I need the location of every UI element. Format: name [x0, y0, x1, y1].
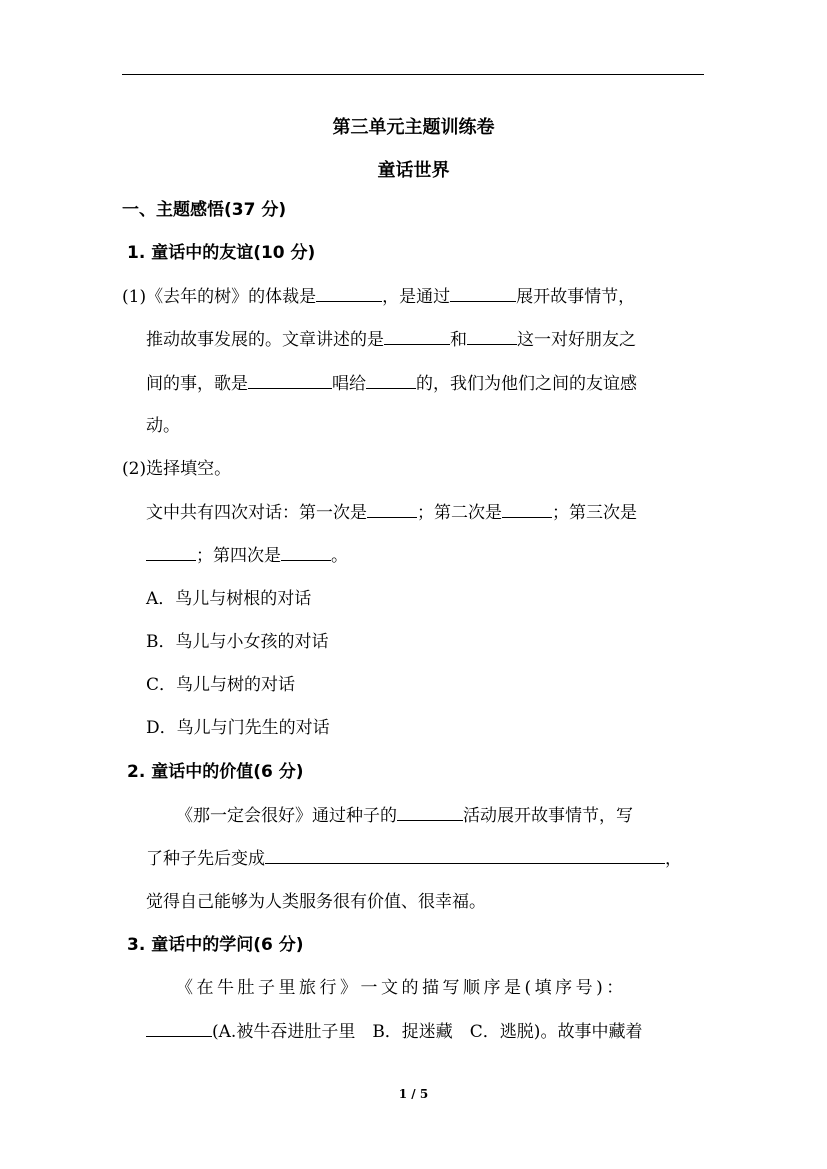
q1-part2-label: (2)选择填空。 [122, 458, 231, 480]
text: ，是通过 [382, 287, 450, 307]
text: ；第二次是 [417, 503, 502, 523]
q1-part1-line1: (1)《去年的树》的体裁是，是通过展开故事情节， [122, 285, 704, 308]
text: 间的事，歌是 [146, 374, 248, 394]
page-number: 1 / 5 [0, 1087, 827, 1101]
document-title: 第三单元主题训练卷 [0, 113, 827, 139]
answer-blank[interactable] [316, 285, 382, 302]
text: 推动故事发展的。文章讲述的是 [146, 330, 384, 350]
question-2-heading: 2. 童话中的价值(6 分) [127, 761, 304, 783]
option-a: A．鸟儿与树根的对话 [146, 588, 311, 610]
answer-blank[interactable] [397, 804, 463, 821]
question-2-title: 2. 童话中的价值(6 分) [127, 762, 304, 782]
answer-blank[interactable] [366, 372, 416, 389]
question-3-title: 3. 童话中的学问(6 分) [127, 935, 304, 955]
text: 这一对好朋友之 [517, 330, 636, 350]
text: (A.被牛吞进肚子里 B．捉迷藏 C．逃脱)。故事中藏着 [212, 1022, 642, 1042]
option-d: D．鸟儿与门先生的对话 [146, 717, 330, 739]
answer-blank[interactable] [265, 847, 665, 864]
q1-part2-line1: 文中共有四次对话：第一次是；第二次是；第三次是 [146, 501, 637, 524]
text: 《那一定会很好》通过种子的 [176, 806, 397, 826]
q1-part1-line4: 动。 [146, 415, 180, 437]
q2-line1: 《那一定会很好》通过种子的活动展开故事情节，写 [176, 804, 633, 827]
answer-blank[interactable] [450, 285, 516, 302]
document-subtitle: 童话世界 [0, 156, 827, 182]
section-heading: 一、主题感悟(37 分) [122, 199, 286, 221]
answer-blank[interactable] [281, 544, 331, 561]
q2-line3: 觉得自己能够为人类服务很有价值、很幸福。 [146, 891, 486, 913]
answer-blank[interactable] [502, 501, 552, 518]
answer-blank[interactable] [384, 328, 450, 345]
text: 和 [450, 330, 467, 350]
answer-blank[interactable] [248, 372, 332, 389]
header-rule [122, 74, 704, 75]
q3-line1: 《在牛肚子里旅行》一文的描写顺序是(填序号)： [176, 977, 627, 999]
answer-blank[interactable] [146, 544, 196, 561]
text: ；第四次是 [196, 546, 281, 566]
q1-part1-line3: 间的事，歌是唱给的，我们为他们之间的友谊感 [146, 372, 637, 395]
answer-blank[interactable] [146, 1020, 212, 1037]
q2-line2: 了种子先后变成， [146, 847, 682, 870]
option-c: C．鸟儿与树的对话 [146, 674, 295, 696]
text: 的，我们为他们之间的友谊感 [416, 374, 637, 394]
option-b: B．鸟儿与小女孩的对话 [146, 631, 329, 653]
question-1-title: 1. 童话中的友谊(10 分) [127, 243, 315, 263]
text: 文中共有四次对话：第一次是 [146, 503, 367, 523]
text: (1)《去年的树》的体裁是 [122, 287, 316, 307]
answer-blank[interactable] [367, 501, 417, 518]
question-3-heading: 3. 童话中的学问(6 分) [127, 934, 304, 956]
q3-line2: (A.被牛吞进肚子里 B．捉迷藏 C．逃脱)。故事中藏着 [146, 1020, 642, 1043]
q1-part1-line2: 推动故事发展的。文章讲述的是和这一对好朋友之 [146, 328, 636, 351]
text: 活动展开故事情节，写 [463, 806, 633, 826]
text: 了种子先后变成 [146, 849, 265, 869]
text: 展开故事情节， [516, 287, 635, 307]
text: 唱给 [332, 374, 366, 394]
answer-blank[interactable] [467, 328, 517, 345]
text: 。 [331, 546, 348, 566]
text: ， [665, 849, 682, 869]
text: ；第三次是 [552, 503, 637, 523]
question-1-heading: 1. 童话中的友谊(10 分) [127, 242, 315, 264]
q1-part2-line2: ；第四次是。 [146, 544, 348, 567]
